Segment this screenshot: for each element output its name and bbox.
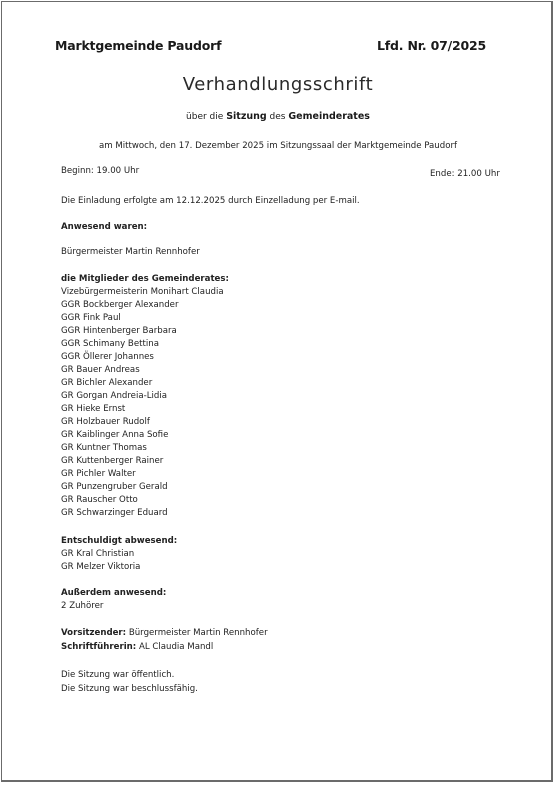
- subtitle-middle: des: [267, 112, 289, 122]
- list-item: GR Schwarzinger Eduard: [61, 507, 224, 520]
- also-present-heading: Außerdem anwesend:: [61, 587, 166, 600]
- recorder-line: Schriftführerin: AL Claudia Mandl: [61, 641, 213, 654]
- list-item: Vizebürgermeisterin Monihart Claudia: [61, 286, 224, 299]
- municipality-name: Marktgemeinde Paudorf: [55, 38, 221, 53]
- list-item: GGR Bockberger Alexander: [61, 299, 224, 312]
- subtitle-sitzung: Sitzung: [226, 111, 267, 122]
- list-item: GR Punzengruber Gerald: [61, 481, 224, 494]
- list-item: GGR Öllerer Johannes: [61, 351, 224, 364]
- recorder-value: AL Claudia Mandl: [136, 642, 213, 652]
- list-item: GR Kuntner Thomas: [61, 442, 224, 455]
- chair-value: Bürgermeister Martin Rennhofer: [126, 628, 268, 638]
- chair-label: Vorsitzender:: [61, 628, 126, 638]
- present-mayor: Bürgermeister Martin Rennhofer: [61, 246, 200, 259]
- recorder-label: Schriftführerin:: [61, 642, 136, 652]
- chair-line: Vorsitzender: Bürgermeister Martin Rennh…: [61, 627, 268, 640]
- serial-number: Lfd. Nr. 07/2025: [377, 38, 486, 53]
- list-item: GGR Hintenberger Barbara: [61, 325, 224, 338]
- list-item: GR Bauer Andreas: [61, 364, 224, 377]
- list-item: GR Rauscher Otto: [61, 494, 224, 507]
- list-item: GR Gorgan Andreia-Lidia: [61, 390, 224, 403]
- list-item: GR Bichler Alexander: [61, 377, 224, 390]
- document-subtitle: über die Sitzung des Gemeinderates: [2, 111, 554, 122]
- excused-heading: Entschuldigt abwesend:: [61, 535, 177, 548]
- end-time: Ende: 21.00 Uhr: [430, 168, 500, 181]
- list-item: GR Melzer Viktoria: [61, 561, 140, 574]
- also-present-value: 2 Zuhörer: [61, 600, 103, 613]
- subtitle-prefix: über die: [186, 112, 226, 122]
- list-item: GR Kuttenberger Rainer: [61, 455, 224, 468]
- list-item: GGR Fink Paul: [61, 312, 224, 325]
- council-members-list: Vizebürgermeisterin Monihart Claudia GGR…: [61, 286, 224, 520]
- list-item: GR Hieke Ernst: [61, 403, 224, 416]
- document-page: Marktgemeinde Paudorf Lfd. Nr. 07/2025 V…: [1, 1, 553, 782]
- subtitle-gemeinderat: Gemeinderates: [288, 111, 370, 122]
- list-item: GR Holzbauer Rudolf: [61, 416, 224, 429]
- list-item: GR Kaiblinger Anna Sofie: [61, 429, 224, 442]
- list-item: GR Kral Christian: [61, 548, 140, 561]
- list-item: GGR Schimany Bettina: [61, 338, 224, 351]
- meeting-line: am Mittwoch, den 17. Dezember 2025 im Si…: [2, 140, 554, 153]
- invitation-note: Die Einladung erfolgte am 12.12.2025 dur…: [61, 195, 360, 208]
- list-item: GR Pichler Walter: [61, 468, 224, 481]
- council-members-heading: die Mitglieder des Gemeinderates:: [61, 273, 229, 286]
- document-title: Verhandlungsschrift: [2, 74, 554, 95]
- present-heading: Anwesend waren:: [61, 221, 147, 234]
- closing-quorum: Die Sitzung war beschlussfähig.: [61, 683, 198, 696]
- closing-public: Die Sitzung war öffentlich.: [61, 669, 174, 682]
- start-time: Beginn: 19.00 Uhr: [61, 165, 139, 178]
- excused-list: GR Kral Christian GR Melzer Viktoria: [61, 548, 140, 574]
